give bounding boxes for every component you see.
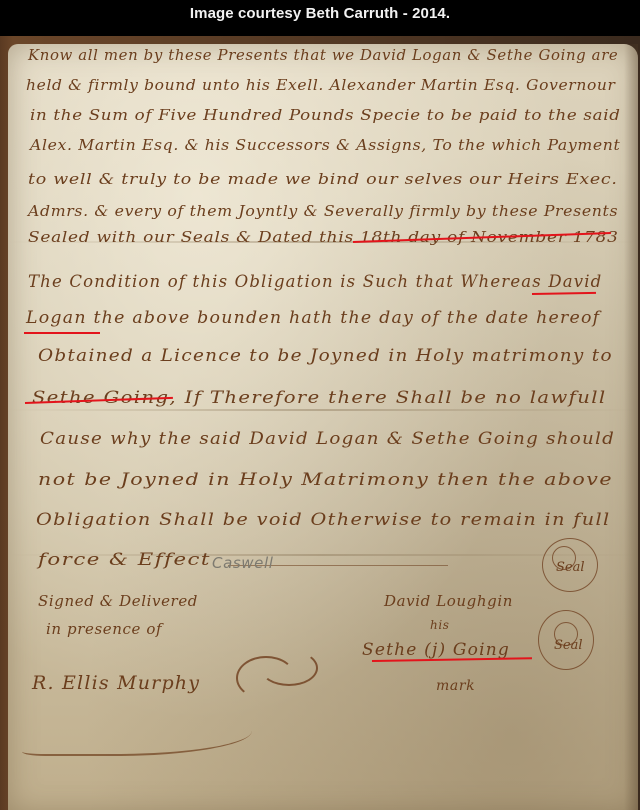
parchment-page: Know all men by these Presents that we D… <box>8 44 638 810</box>
bond-line: Know all men by these Presents that we D… <box>28 48 618 64</box>
witness-label: Signed & Delivered <box>38 592 198 610</box>
signature-underflourish <box>22 714 252 756</box>
bond-line: held & firmly bound unto his Exell. Alex… <box>26 78 616 94</box>
his-label: his <box>430 618 450 632</box>
signature-flourish <box>260 650 318 686</box>
witness-label: in presence of <box>46 620 162 638</box>
condition-line: Logan the above bounden hath the day of … <box>26 308 600 328</box>
highlight-underline-logan <box>24 332 100 334</box>
condition-line: not be Joyned in Holy Matrimony then the… <box>38 470 613 490</box>
bond-line: Alex. Martin Esq. & his Successors & Ass… <box>30 138 620 154</box>
condition-line: Obligation Shall be void Otherwise to re… <box>36 510 611 530</box>
paper-fold <box>8 409 638 411</box>
seal-label: Seal <box>554 638 583 653</box>
image-credit: Image courtesy Beth Carruth - 2014. <box>190 5 450 22</box>
condition-line: Cause why the said David Logan & Sethe G… <box>40 429 615 449</box>
condition-line: The Condition of this Obligation is Such… <box>28 272 602 292</box>
pencil-note: Caswell <box>212 554 274 572</box>
signatory-david: David Loughgin <box>384 592 513 610</box>
bond-line: to well & truly to be made we bind our s… <box>28 172 618 188</box>
caption-bar: Image courtesy Beth Carruth - 2014. <box>0 0 640 36</box>
paper-edge-shadow <box>624 44 638 810</box>
condition-line: force & Effect <box>38 550 211 570</box>
bond-line: in the Sum of Five Hundred Pounds Specie… <box>30 108 621 124</box>
highlight-underline-david <box>532 292 596 295</box>
bond-line: Sealed with our Seals & Dated this 18th … <box>28 230 619 246</box>
seal-label: Seal <box>556 560 585 575</box>
witness-signature: R. Ellis Murphy <box>32 672 200 694</box>
condition-line: Obtained a Licence to be Joyned in Holy … <box>38 346 613 366</box>
mark-label: mark <box>436 678 475 694</box>
document-photo: Know all men by these Presents that we D… <box>0 36 640 810</box>
bond-line: Admrs. & every of them Joyntly & Several… <box>28 204 618 220</box>
